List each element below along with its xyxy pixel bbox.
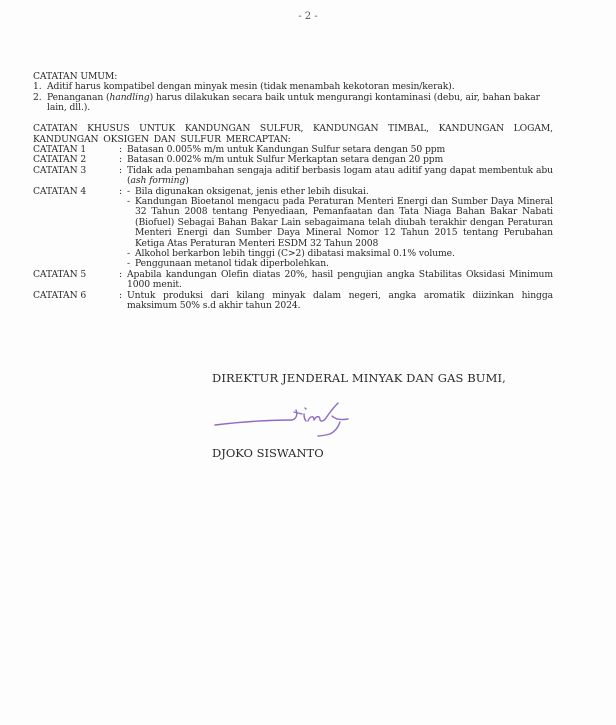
colon: : — [119, 270, 127, 291]
italic-term: handling — [110, 92, 150, 103]
note-label: CATATAN 6 — [33, 291, 119, 312]
colon: : — [119, 291, 127, 312]
note-label: CATATAN 4 — [33, 187, 119, 270]
page-number: - 2 - — [0, 11, 616, 22]
note-row: CATATAN 6 : Untuk produksi dari kilang m… — [33, 291, 553, 312]
special-notes-heading: CATATAN KHUSUS UNTUK KANDUNGAN SULFUR, K… — [33, 124, 553, 145]
list-number: 2. — [33, 93, 47, 114]
note-row: CATATAN 4 : -Bila digunakan oksigenat, j… — [33, 187, 553, 270]
italic-term: ash forming — [131, 175, 186, 186]
note-text: Apabila kandungan Olefin diatas 20%, has… — [127, 270, 553, 291]
note-row: CATATAN 3 : Tidak ada penambahan sengaja… — [33, 166, 553, 187]
general-notes-list: 1. Aditif harus kompatibel dengan minyak… — [33, 82, 553, 113]
list-text: Penanganan (handling) harus dilakukan se… — [47, 93, 553, 114]
list-item: 2. Penanganan (handling) harus dilakukan… — [33, 93, 553, 114]
signatory-name: DJOKO SISWANTO — [212, 446, 324, 460]
signature-icon — [210, 398, 360, 440]
note-label: CATATAN 3 — [33, 166, 119, 187]
special-notes-section: CATATAN KHUSUS UNTUK KANDUNGAN SULFUR, K… — [33, 124, 553, 311]
note-bullets: -Bila digunakan oksigenat, jenis ether l… — [127, 187, 553, 270]
bullet-item: -Kandungan Bioetanol mengacu pada Peratu… — [127, 197, 553, 249]
note-text: Untuk produksi dari kilang minyak dalam … — [127, 291, 553, 312]
note-row: CATATAN 5 : Apabila kandungan Olefin dia… — [33, 270, 553, 291]
document-body: CATATAN UMUM: 1. Aditif harus kompatibel… — [33, 72, 553, 311]
colon: : — [119, 187, 127, 270]
colon: : — [119, 166, 127, 187]
signatory-title: DIREKTUR JENDERAL MINYAK DAN GAS BUMI, — [212, 371, 506, 385]
note-text: Tidak ada penambahan sengaja aditif berb… — [127, 166, 553, 187]
general-notes-section: CATATAN UMUM: 1. Aditif harus kompatibel… — [33, 72, 553, 114]
note-label: CATATAN 5 — [33, 270, 119, 291]
